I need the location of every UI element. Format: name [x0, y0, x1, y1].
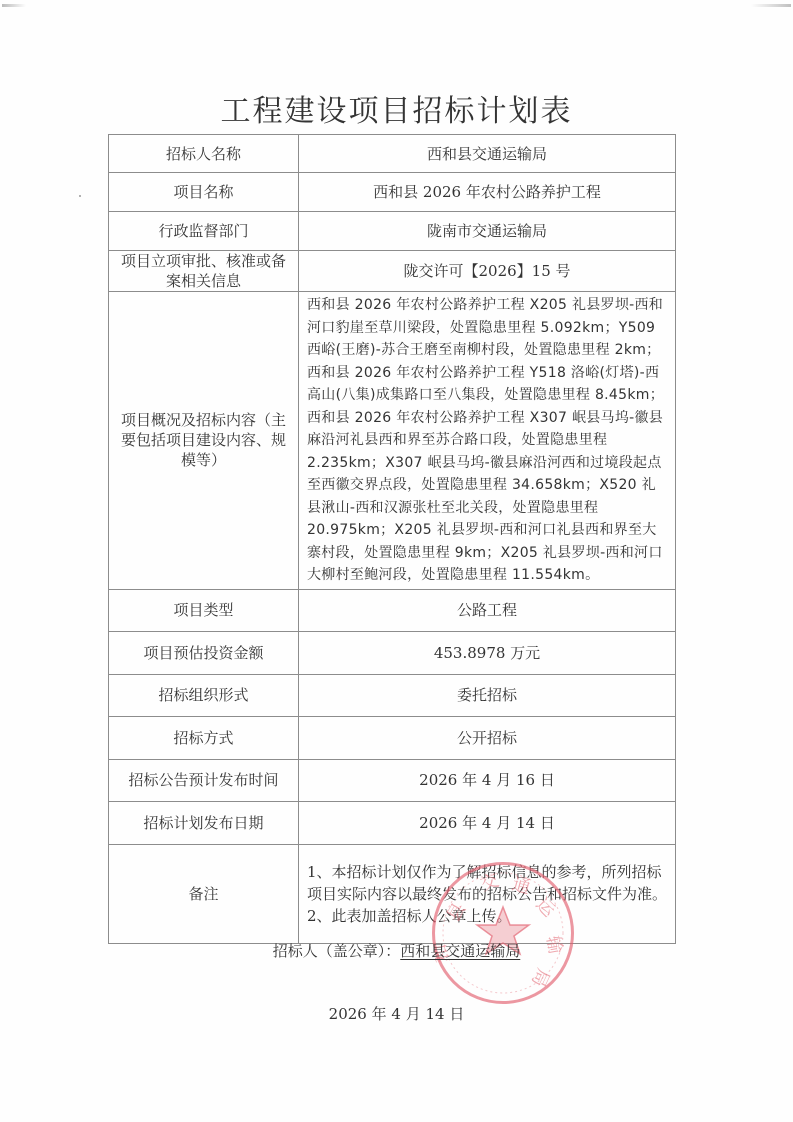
table-row: 招标人名称 西和县交通运输局 — [109, 135, 676, 173]
row-value: 公路工程 — [299, 589, 676, 631]
table-row: 行政监督部门 陇南市交通运输局 — [109, 212, 676, 251]
bidding-plan-table: 招标人名称 西和县交通运输局 项目名称 西和县 2026 年农村公路养护工程 行… — [108, 134, 676, 944]
row-label: 项目预估投资金额 — [109, 631, 299, 674]
row-value: 委托招标 — [299, 674, 676, 716]
row-label: 招标方式 — [109, 716, 299, 759]
signature-line: 招标人（盖公章）：西和县交通运输局 — [0, 940, 793, 961]
announcement-date: 2026 年 4 月 16 日 — [299, 759, 676, 801]
table-row: 招标方式 公开招标 — [109, 716, 676, 759]
signature-date: 2026 年 4 月 14 日 — [0, 1003, 793, 1024]
svg-text:局: 局 — [527, 965, 554, 990]
row-label: 招标人名称 — [109, 135, 299, 173]
row-value: 公开招标 — [299, 716, 676, 759]
scan-artifact — [2, 4, 26, 7]
project-overview-text: 西和县 2026 年农村公路养护工程 X205 礼县罗坝-西和河口豹崖至草川梁段… — [299, 292, 676, 590]
scan-speck — [79, 195, 81, 197]
row-label: 行政监督部门 — [109, 212, 299, 251]
signature-prefix: 招标人（盖公章）： — [273, 942, 401, 960]
row-label: 备注 — [109, 844, 299, 943]
table-row: 项目概况及招标内容（主要包括项目建设内容、规模等） 西和县 2026 年农村公路… — [109, 292, 676, 590]
scan-artifact — [751, 4, 791, 7]
row-value: 陇南市交通运输局 — [299, 212, 676, 251]
table-row: 项目名称 西和县 2026 年农村公路养护工程 — [109, 173, 676, 212]
investment-amount: 453.8978 万元 — [299, 631, 676, 674]
signer-name: 西和县交通运输局 — [400, 942, 520, 960]
plan-release-date: 2026 年 4 月 14 日 — [299, 801, 676, 844]
row-value: 陇交许可【2026】15 号 — [299, 251, 676, 292]
table-row: 项目预估投资金额 453.8978 万元 — [109, 631, 676, 674]
row-value: 西和县 2026 年农村公路养护工程 — [299, 173, 676, 212]
remark-line: 2、此表加盖招标人公章上传。 — [307, 905, 669, 927]
table-row: 项目类型 公路工程 — [109, 589, 676, 631]
table-row: 招标计划发布日期 2026 年 4 月 14 日 — [109, 801, 676, 844]
row-label: 招标组织形式 — [109, 674, 299, 716]
remarks: 1、本招标计划仅作为了解招标信息的参考，所列招标项目实际内容以最终发布的招标公告… — [299, 844, 676, 943]
row-label: 项目类型 — [109, 589, 299, 631]
row-label: 项目名称 — [109, 173, 299, 212]
row-label: 项目立项审批、核准或备案相关信息 — [109, 251, 299, 292]
remark-line: 1、本招标计划仅作为了解招标信息的参考，所列招标项目实际内容以最终发布的招标公告… — [307, 861, 669, 905]
row-label: 招标公告预计发布时间 — [109, 759, 299, 801]
document-page: 工程建设项目招标计划表 招标人名称 西和县交通运输局 项目名称 西和县 2026… — [0, 0, 793, 1122]
row-value: 西和县交通运输局 — [299, 135, 676, 173]
page-title: 工程建设项目招标计划表 — [0, 86, 793, 130]
row-label: 项目概况及招标内容（主要包括项目建设内容、规模等） — [109, 292, 299, 590]
table-row: 备注 1、本招标计划仅作为了解招标信息的参考，所列招标项目实际内容以最终发布的招… — [109, 844, 676, 943]
table-row: 招标组织形式 委托招标 — [109, 674, 676, 716]
table-row: 招标公告预计发布时间 2026 年 4 月 16 日 — [109, 759, 676, 801]
table-row: 项目立项审批、核准或备案相关信息 陇交许可【2026】15 号 — [109, 251, 676, 292]
row-label: 招标计划发布日期 — [109, 801, 299, 844]
